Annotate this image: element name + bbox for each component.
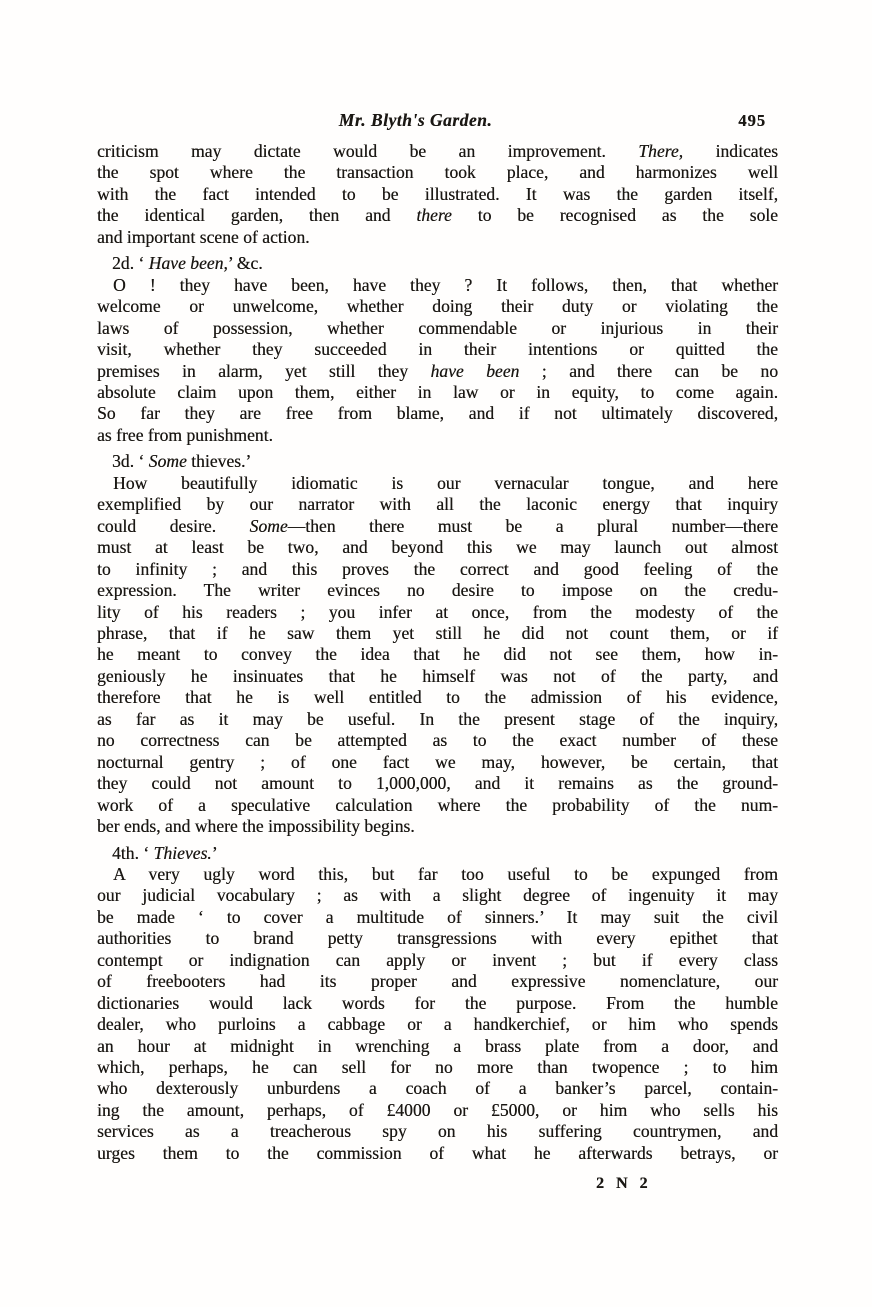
text-segment: indicates [683,141,778,161]
text-segment: urges them to the commission of what he … [97,1143,778,1163]
text-line: urges them to the commission of what he … [97,1143,778,1164]
text-segment: as free from punishment. [97,425,273,445]
text-segment: phrase, that if he saw them yet still he… [97,623,778,643]
text-segment: So far they are free from blame, and if … [97,403,778,423]
text-segment: services as a treacherous spy on his suf… [97,1121,778,1141]
section-heading: 3d. ‘ Some thieves.’ [97,451,778,472]
running-header: Mr. Blyth's Garden. 495 [97,110,778,134]
text-segment: dictionaries would lack words for the pu… [97,993,778,1013]
text-segment: premises in alarm, yet still they [97,361,430,381]
text-segment: ’ [212,843,218,863]
text-line: absolute claim upon them, either in law … [97,382,778,403]
body-paragraph: O ! they have been, have they ? It follo… [97,275,778,447]
text-line: laws of possession, whether commendable … [97,318,778,339]
italic-text: There, [638,141,683,161]
text-segment: welcome or unwelcome, whether doing thei… [97,296,778,316]
text-segment: 4th. ‘ [112,843,154,863]
text-segment: who dexterously unburdens a coach of a b… [97,1078,778,1098]
text-segment: he meant to convey the idea that he did … [97,644,778,664]
text-line: visit, whether they succeeded in their i… [97,339,778,360]
section-heading: 2d. ‘ Have been,’ &c. [97,253,778,274]
text-line: 4th. ‘ Thieves.’ [97,843,778,864]
text-line: So far they are free from blame, and if … [97,403,778,424]
italic-text: have been [430,361,519,381]
text-line: expression. The writer evinces no desire… [97,580,778,601]
italic-text: Some [149,451,187,471]
text-segment: of freebooters had its proper and expres… [97,971,778,991]
page-number: 495 [738,111,766,131]
text-line: How beautifully idiomatic is our vernacu… [97,473,778,494]
text-line: be made ‘ to cover a multitude of sinner… [97,907,778,928]
text-line: work of a speculative calculation where … [97,795,778,816]
text-line: who dexterously unburdens a coach of a b… [97,1078,778,1099]
text-line: phrase, that if he saw them yet still he… [97,623,778,644]
text-segment: the identical garden, then and [97,205,416,225]
text-segment: ing the amount, perhaps, of £4000 or £50… [97,1100,778,1120]
text-segment: geniously he insinuates that he himself … [97,666,778,686]
text-segment: ’ &c. [228,253,263,273]
text-line: O ! they have been, have they ? It follo… [97,275,778,296]
text-line: ing the amount, perhaps, of £4000 or £50… [97,1100,778,1121]
text-line: exemplified by our narrator with all the… [97,494,778,515]
text-line: authorities to brand petty transgression… [97,928,778,949]
text-segment: to be recognised as the sole [452,205,778,225]
text-segment: absolute claim upon them, either in law … [97,382,778,402]
text-line: criticism may dictate would be an improv… [97,141,778,162]
text-line: premises in alarm, yet still they have b… [97,361,778,382]
text-line: nocturnal gentry ; of one fact we may, h… [97,752,778,773]
text-line: as far as it may be useful. In the prese… [97,709,778,730]
text-line: they could not amount to 1,000,000, and … [97,773,778,794]
text-line: dealer, who purloins a cabbage or a hand… [97,1014,778,1035]
text-segment: expression. The writer evinces no desire… [97,580,778,600]
text-segment: A very ugly word this, but far too usefu… [113,864,778,884]
text-line: A very ugly word this, but far too usefu… [97,864,778,885]
text-segment: 3d. ‘ [112,451,149,471]
text-segment: no correctness can be attempted as to th… [97,730,778,750]
text-line: which, perhaps, he can sell for no more … [97,1057,778,1078]
body-paragraph: How beautifully idiomatic is our vernacu… [97,473,778,838]
text-segment: the spot where the transaction took plac… [97,162,778,182]
text-segment: and important scene of action. [97,227,310,247]
text-segment: lity of his readers ; you infer at once,… [97,602,778,622]
italic-text: Thieves. [154,843,212,863]
text-segment: contempt or indignation can apply or inv… [97,950,778,970]
text-line: ber ends, and where the impossibility be… [97,816,778,837]
text-segment: an hour at midnight in wrenching a brass… [97,1036,778,1056]
text-segment: How beautifully idiomatic is our vernacu… [113,473,778,493]
text-line: the identical garden, then and there to … [97,205,778,226]
text-segment: thieves.’ [187,451,252,471]
text-segment: dealer, who purloins a cabbage or a hand… [97,1014,778,1034]
signature-mark: 2 N 2 [596,1175,652,1193]
text-segment: —then there must be a plural number—ther… [288,516,778,536]
text-segment: nocturnal gentry ; of one fact we may, h… [97,752,778,772]
text-segment: ber ends, and where the impossibility be… [97,816,415,836]
text-segment: must at least be two, and beyond this we… [97,537,778,557]
text-line: 3d. ‘ Some thieves.’ [97,451,778,472]
italic-text: Some [250,516,288,536]
text-segment: visit, whether they succeeded in their i… [97,339,778,359]
text-line: to infinity ; and this proves the correc… [97,559,778,580]
text-segment: laws of possession, whether commendable … [97,318,778,338]
text-segment: exemplified by our narrator with all the… [97,494,778,514]
text-segment: they could not amount to 1,000,000, and … [97,773,778,793]
text-line: lity of his readers ; you infer at once,… [97,602,778,623]
text-segment: which, perhaps, he can sell for no more … [97,1057,778,1077]
text-line: he meant to convey the idea that he did … [97,644,778,665]
text-line: services as a treacherous spy on his suf… [97,1121,778,1142]
section-heading: 4th. ‘ Thieves.’ [97,843,778,864]
text-segment: O ! they have been, have they ? It follo… [113,275,778,295]
book-page: Mr. Blyth's Garden. 495 criticism may di… [0,0,872,1307]
text-line: must at least be two, and beyond this we… [97,537,778,558]
text-line: welcome or unwelcome, whether doing thei… [97,296,778,317]
text-segment: as far as it may be useful. In the prese… [97,709,778,729]
text-line: contempt or indignation can apply or inv… [97,950,778,971]
text-line: geniously he insinuates that he himself … [97,666,778,687]
text-line: as free from punishment. [97,425,778,446]
text-line: therefore that he is well entitled to th… [97,687,778,708]
text-segment: authorities to brand petty transgression… [97,928,778,948]
text-line: and important scene of action. [97,227,778,248]
text-line: no correctness can be attempted as to th… [97,730,778,751]
text-segment: therefore that he is well entitled to th… [97,687,778,707]
text-segment: be made ‘ to cover a multitude of sinner… [97,907,778,927]
text-segment: 2d. ‘ [112,253,149,273]
italic-text: Have been, [149,253,228,273]
running-header-title: Mr. Blyth's Garden. [75,110,756,131]
text-line: could desire. Some—then there must be a … [97,516,778,537]
text-line: our judicial vocabulary ; as with a slig… [97,885,778,906]
text-line: 2d. ‘ Have been,’ &c. [97,253,778,274]
text-line: with the fact intended to be illustrated… [97,184,778,205]
text-segment: could desire. [97,516,250,536]
text-segment: ; and there can be no [519,361,778,381]
text-segment: work of a speculative calculation where … [97,795,778,815]
text-line: an hour at midnight in wrenching a brass… [97,1036,778,1057]
text-line: of freebooters had its proper and expres… [97,971,778,992]
text-segment: our judicial vocabulary ; as with a slig… [97,885,778,905]
body-paragraph: criticism may dictate would be an improv… [97,141,778,248]
text-segment: with the fact intended to be illustrated… [97,184,778,204]
text-segment: criticism may dictate would be an improv… [97,141,638,161]
page-body: criticism may dictate would be an improv… [97,141,778,1164]
text-line: the spot where the transaction took plac… [97,162,778,183]
text-line: dictionaries would lack words for the pu… [97,993,778,1014]
body-paragraph: A very ugly word this, but far too usefu… [97,864,778,1164]
text-segment: to infinity ; and this proves the correc… [97,559,778,579]
italic-text: there [416,205,452,225]
